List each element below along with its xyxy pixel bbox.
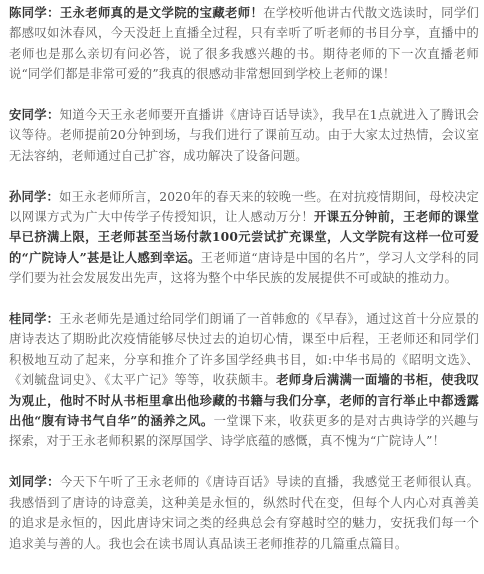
bold-text: 王永老师真的是文学院的宝藏老师！ [60,5,263,20]
article-body: 陈同学：王永老师真的是文学院的宝藏老师！在学校听他讲古代散文选读时，同学们都感叹… [9,3,479,490]
body-text: 今天下午听了王永老师的《唐诗百话》导读的直播，我感觉王老师很认真。我感悟到了唐诗… [9,475,479,490]
body-text: 知道今天王永老师要开直播讲《唐诗百话导读》，我早在1点就进入了腾讯会议等待。老师… [9,108,479,163]
comment-paragraph-chen: 陈同学：王永老师真的是文学院的宝藏老师！在学校听他讲古代散文选读时，同学们都感叹… [9,3,479,85]
speaker-name: 刘同学： [9,474,60,489]
speaker-name: 陈同学： [9,5,60,20]
comment-paragraph-gui: 桂同学：王永老师先是通过给同学们朗诵了一首韩愈的《早春》，通过这首十分应景的唐诗… [9,309,479,452]
comment-paragraph-an: 安同学：知道今天王永老师要开直播讲《唐诗百话导读》，我早在1点就进入了腾讯会议等… [9,105,479,166]
comment-paragraph-liu: 刘同学：今天下午听了王永老师的《唐诗百话》导读的直播，我感觉王老师很认真。我感悟… [9,472,479,490]
speaker-name: 桂同学： [9,311,59,326]
speaker-name: 孙同学： [9,189,59,204]
comment-paragraph-sun: 孙同学：如王永老师所言，2020年的春天来的较晚一些。在对抗疫情期间，母校决定以… [9,187,479,289]
speaker-name: 安同学： [9,107,60,122]
